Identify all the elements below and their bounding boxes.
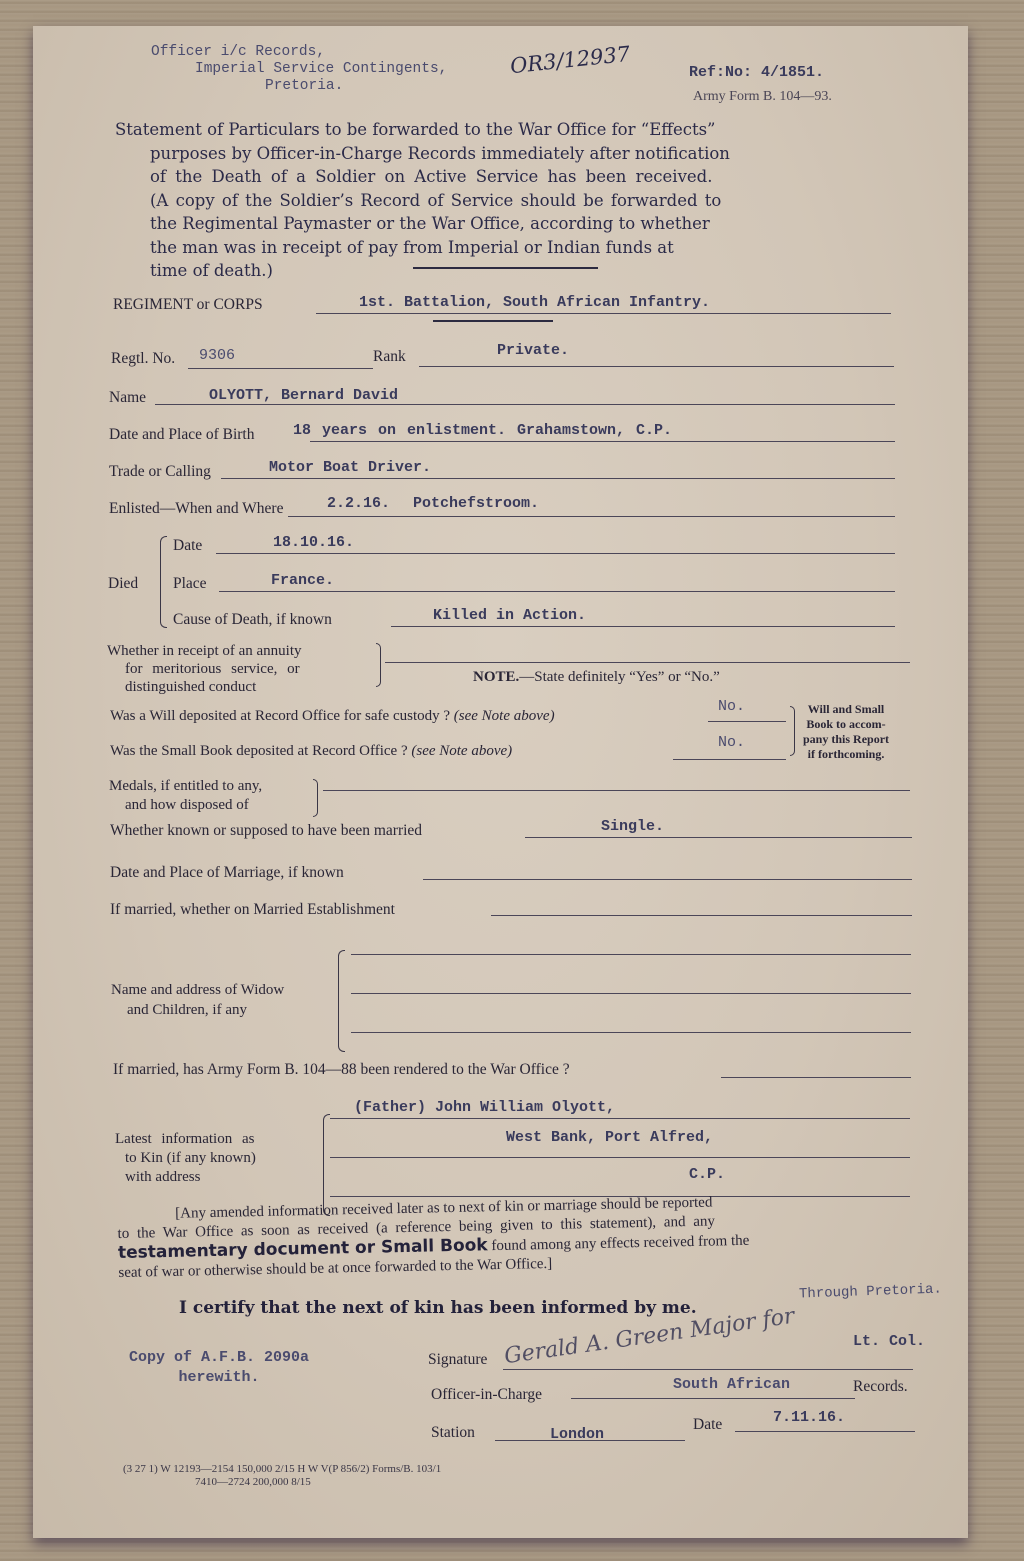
date-line xyxy=(735,1431,915,1432)
statement-heading: Statement of Particulars to be forwarded… xyxy=(115,118,730,283)
medals-brace xyxy=(313,779,318,817)
kin-value-1[interactable]: (Father) John William Olyott, xyxy=(354,1099,615,1116)
widow-line-2[interactable] xyxy=(351,993,911,994)
kin-label: Latest information as to Kin (if any kno… xyxy=(115,1130,256,1187)
will-note-line: Book to accom- xyxy=(803,717,889,732)
cause-line xyxy=(391,626,895,627)
trade-line xyxy=(221,478,895,479)
enlisted-line xyxy=(288,516,895,517)
officer-suffix: Records. xyxy=(853,1378,908,1396)
heading-divider xyxy=(413,267,598,269)
signature-rank: Lt. Col. xyxy=(853,1333,925,1350)
widow-label-line: Name and address of Widow xyxy=(111,980,284,1000)
regiment-line xyxy=(316,313,891,314)
kin-line-1 xyxy=(330,1118,910,1119)
will-note-line: if forthcoming. xyxy=(803,747,889,762)
officer-label: Officer-in-Charge xyxy=(431,1386,542,1404)
signature-label: Signature xyxy=(428,1351,487,1369)
small-book-label: Was the Small Book deposited at Record O… xyxy=(110,743,512,760)
widow-line-3[interactable] xyxy=(351,1032,911,1033)
died-date-value[interactable]: 18.10.16. xyxy=(273,534,354,551)
kin-label-line: Latest information as xyxy=(115,1130,256,1149)
widow-line-1[interactable] xyxy=(351,954,911,955)
will-small-book-note: Will and Small Book to accom- pany this … xyxy=(803,702,889,762)
printer-imprint: (3 27 1) W 12193—2154 150,000 2/15 H W V… xyxy=(123,1463,441,1489)
will-value[interactable]: No. xyxy=(718,698,745,715)
annuity-brace xyxy=(376,643,381,687)
trade-value[interactable]: Motor Boat Driver. xyxy=(269,459,431,476)
birth-line xyxy=(310,441,895,442)
statement-line: time of death.) xyxy=(115,259,730,283)
enlisted-value[interactable]: 2.2.16. Potchefstroom. xyxy=(327,495,539,512)
died-place-line xyxy=(219,591,895,592)
handwritten-ref: OR3/12937 xyxy=(509,42,631,78)
rank-value[interactable]: Private. xyxy=(497,342,569,359)
rank-line xyxy=(419,366,894,367)
trade-label: Trade or Calling xyxy=(109,463,211,481)
kin-line-2 xyxy=(330,1157,910,1158)
note-text: —State definitely “Yes” or “No.” xyxy=(519,669,720,685)
officer-line xyxy=(571,1398,855,1399)
imprint-line: (3 27 1) W 12193—2154 150,000 2/15 H W V… xyxy=(123,1463,441,1476)
annuity-label: Whether in receipt of an annuity for mer… xyxy=(107,642,302,696)
annuity-line[interactable] xyxy=(385,662,910,663)
medals-label: Medals, if entitled to any, and how disp… xyxy=(109,777,262,815)
died-place-value[interactable]: France. xyxy=(271,572,334,589)
birth-label: Date and Place of Birth xyxy=(109,426,254,444)
ref-number: Ref:No: 4/1851. xyxy=(689,64,824,81)
small-book-value[interactable]: No. xyxy=(718,734,745,751)
statement-line: (A copy of the Soldier’s Record of Servi… xyxy=(115,189,730,213)
kin-label-line: to Kin (if any known) xyxy=(115,1149,256,1168)
regiment-divider xyxy=(433,320,553,322)
yes-no-note: NOTE.—State definitely “Yes” or “No.” xyxy=(473,669,720,686)
address-line: Pretoria. xyxy=(151,78,447,95)
small-book-note: (see Note above) xyxy=(411,743,512,759)
annuity-label-line: distinguished conduct xyxy=(107,678,302,696)
widow-brace xyxy=(338,950,345,1052)
married-value[interactable]: Single. xyxy=(601,818,664,835)
army-form-document: Officer i/c Records, Imperial Service Co… xyxy=(33,26,968,1538)
kin-label-line: with address xyxy=(115,1168,256,1187)
cause-label: Cause of Death, if known xyxy=(173,611,332,629)
imprint-line: 7410—2724 200,000 8/15 xyxy=(123,1476,441,1489)
died-place-label: Place xyxy=(173,575,207,593)
died-date-line xyxy=(216,553,895,554)
died-date-label: Date xyxy=(173,537,202,555)
small-book-line xyxy=(673,759,786,760)
died-brace xyxy=(160,536,167,628)
marriage-date-line[interactable] xyxy=(423,879,912,880)
will-label: Was a Will deposited at Record Office fo… xyxy=(110,708,555,725)
statement-line: the man was in receipt of pay from Imper… xyxy=(115,236,730,260)
marriage-date-label: Date and Place of Marriage, if known xyxy=(110,864,344,882)
medals-label-line: and how disposed of xyxy=(109,796,262,815)
kin-value-2[interactable]: West Bank, Port Alfred, xyxy=(506,1129,713,1146)
rank-label: Rank xyxy=(373,348,406,366)
medals-line[interactable] xyxy=(323,790,910,791)
cause-value[interactable]: Killed in Action. xyxy=(433,607,586,624)
small-book-label-text: Was the Small Book deposited at Record O… xyxy=(110,743,408,759)
statement-line: purposes by Officer-in-Charge Records im… xyxy=(115,142,730,166)
name-label: Name xyxy=(109,389,146,407)
died-label: Died xyxy=(108,575,138,593)
address-line: Officer i/c Records, xyxy=(151,44,447,61)
statement-line: Statement of Particulars to be forwarded… xyxy=(115,118,730,142)
statement-line: of the Death of a Soldier on Active Serv… xyxy=(115,165,730,189)
regiment-value[interactable]: 1st. Battalion, South African Infantry. xyxy=(359,294,710,311)
certify-statement: I certify that the next of kin has been … xyxy=(179,1298,697,1318)
will-note-line: pany this Report xyxy=(803,732,889,747)
sender-address: Officer i/c Records, Imperial Service Co… xyxy=(151,44,447,95)
copy-note-line: Copy of A.F.B. 2090a xyxy=(129,1348,309,1368)
enlisted-label: Enlisted—When and Where xyxy=(109,500,283,518)
will-note-line: Will and Small xyxy=(803,702,889,717)
date-label: Date xyxy=(693,1416,722,1434)
regiment-label: REGIMENT or CORPS xyxy=(113,296,263,314)
copy-note-line: herewith. xyxy=(129,1368,309,1388)
will-label-text: Was a Will deposited at Record Office fo… xyxy=(110,708,450,724)
regtl-no-line xyxy=(188,368,373,369)
married-line xyxy=(525,837,912,838)
name-value[interactable]: OLYOTT, Bernard David xyxy=(209,387,398,404)
note-bold: NOTE. xyxy=(473,669,519,685)
station-line xyxy=(495,1440,685,1441)
form-rendered-line[interactable] xyxy=(721,1077,911,1078)
army-form-number: Army Form B. 104—93. xyxy=(693,89,832,105)
annuity-label-line: for meritorious service, or xyxy=(107,660,302,678)
footer-note-line: found among any effects received from th… xyxy=(487,1233,749,1254)
officer-value[interactable]: South African xyxy=(673,1376,790,1393)
married-establishment-label: If married, whether on Married Establish… xyxy=(110,901,395,919)
medals-label-line: Medals, if entitled to any, xyxy=(109,777,262,796)
kin-value-3[interactable]: C.P. xyxy=(689,1166,725,1183)
amended-info-note: [Any amended information received later … xyxy=(117,1193,750,1283)
widow-label: Name and address of Widow and Children, … xyxy=(111,980,284,1020)
will-line xyxy=(708,721,786,722)
married-label: Whether known or supposed to have been m… xyxy=(110,822,422,840)
will-brace xyxy=(790,706,795,756)
copy-afb-note: Copy of A.F.B. 2090a herewith. xyxy=(129,1348,309,1388)
married-establishment-line[interactable] xyxy=(491,915,912,916)
regtl-no-value[interactable]: 9306 xyxy=(199,347,235,364)
birth-value[interactable]: 18 years on enlistment. Grahamstown, C.P… xyxy=(293,422,672,439)
station-label: Station xyxy=(431,1424,475,1442)
name-line xyxy=(155,404,895,405)
form-rendered-label: If married, has Army Form B. 104—88 been… xyxy=(113,1061,570,1079)
certify-typed-addition: Through Pretoria. xyxy=(799,1282,942,1303)
widow-label-line: and Children, if any xyxy=(111,1000,284,1020)
signature-line[interactable] xyxy=(503,1369,913,1370)
regtl-no-label: Regtl. No. xyxy=(111,350,175,368)
date-value[interactable]: 7.11.16. xyxy=(773,1409,845,1426)
statement-line: the Regimental Paymaster or the War Offi… xyxy=(115,212,730,236)
address-line: Imperial Service Contingents, xyxy=(151,61,447,78)
annuity-label-line: Whether in receipt of an annuity xyxy=(107,642,302,660)
will-note: (see Note above) xyxy=(454,708,555,724)
